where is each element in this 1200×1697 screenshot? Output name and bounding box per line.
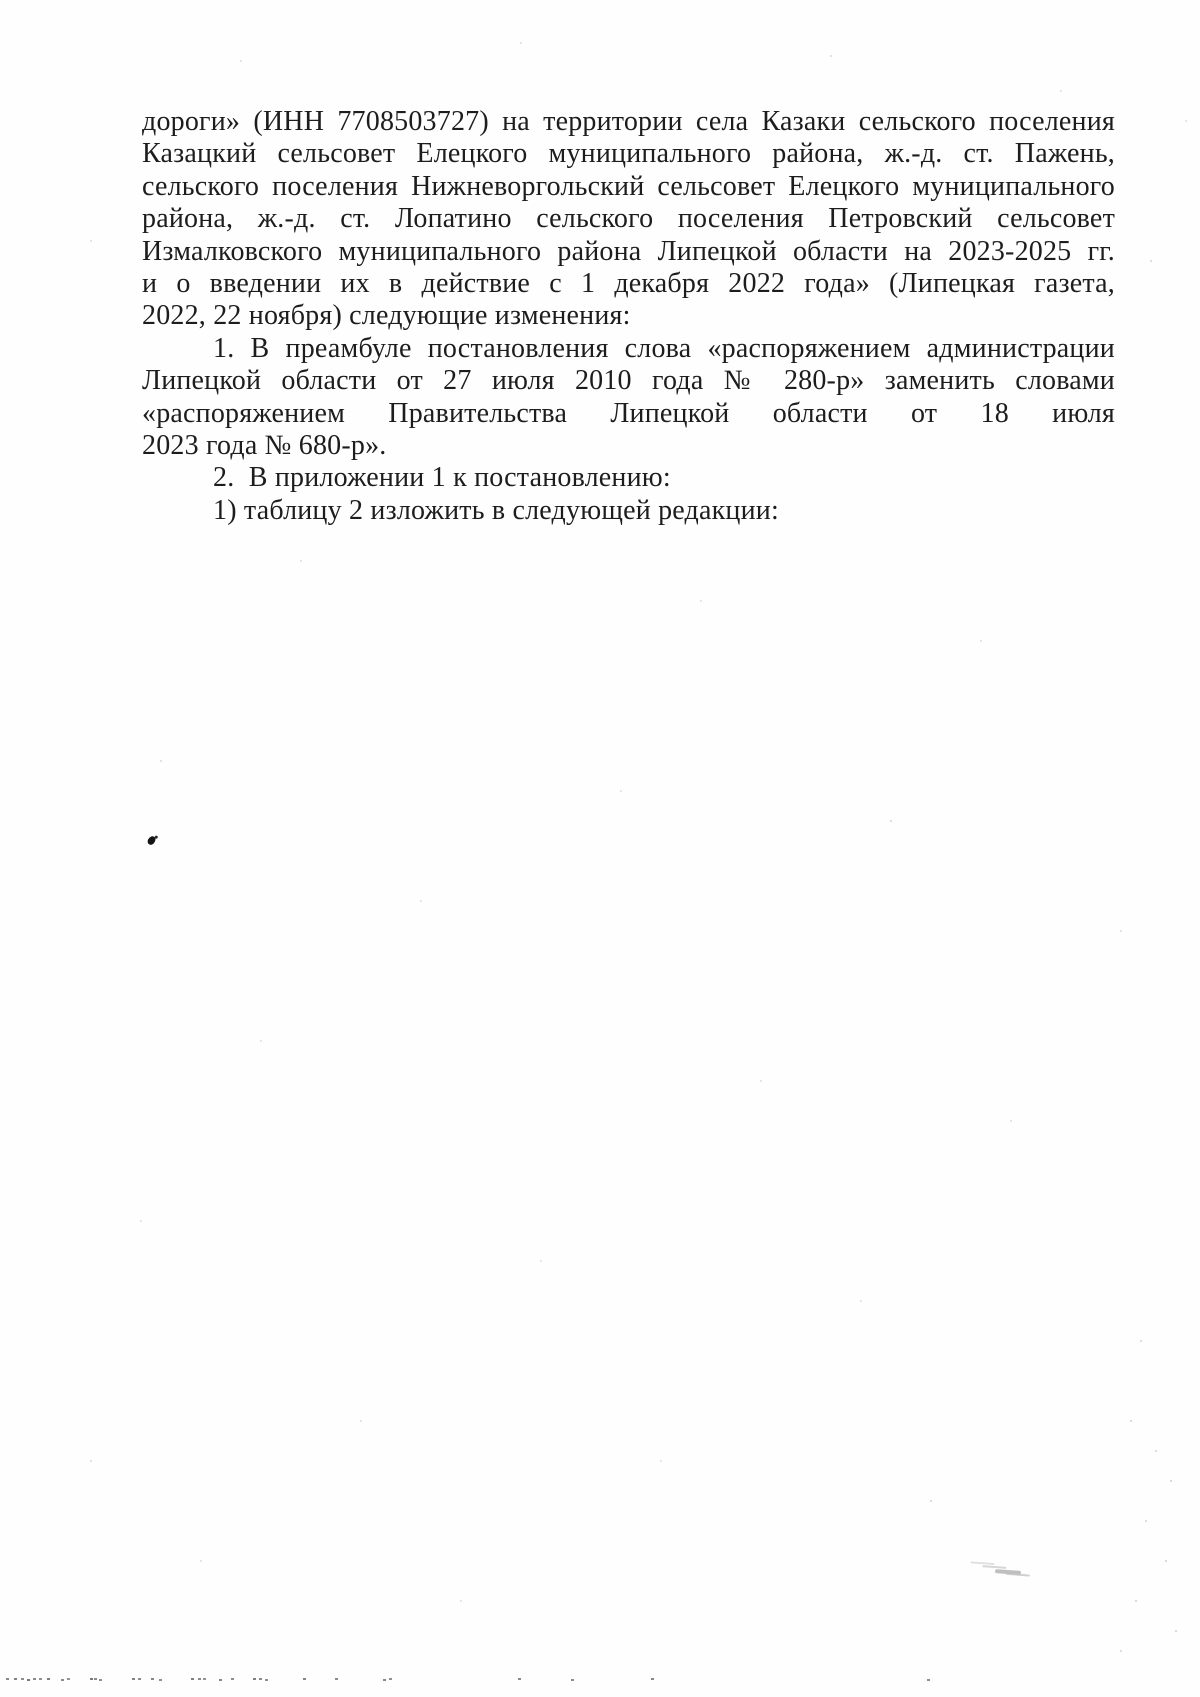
text-line: Липецкой области от 27 июля 2010 года № … (142, 365, 1115, 397)
text-line: Измалковского муниципального района Липе… (142, 236, 1115, 268)
text-line: дороги» (ИНН 7708503727) на территории с… (142, 106, 1115, 138)
text-line: 2022, 22 ноября) следующие изменения: (142, 300, 1115, 332)
text-line: 2. В приложении 1 к постановлению: (142, 462, 1115, 494)
text-line: 1) таблицу 2 изложить в следующей редакц… (142, 495, 1115, 527)
text-line: сельского поселения Нижневоргольский сел… (142, 171, 1115, 203)
scan-noise-specks (0, 0, 2, 2)
scan-bottom-edge-artifacts (6, 1678, 9, 1680)
document-text-block: дороги» (ИНН 7708503727) на территории с… (142, 106, 1115, 527)
ink-speck-artifact (146, 835, 156, 846)
text-line: 1. В преамбуле постановления слова «расп… (142, 333, 1115, 365)
text-line: Казацкий сельсовет Елецкого муниципально… (142, 138, 1115, 170)
scanned-document-page: дороги» (ИНН 7708503727) на территории с… (0, 0, 1200, 1697)
text-line: района, ж.-д. ст. Лопатино сельского пос… (142, 203, 1115, 235)
text-line: 2023 года № 680-р». (142, 430, 1115, 462)
text-line: «распоряжением Правительства Липецкой об… (142, 398, 1115, 430)
text-line: и о введении их в действие с 1 декабря 2… (142, 268, 1115, 300)
scan-smudge-artifact (995, 1569, 1021, 1575)
